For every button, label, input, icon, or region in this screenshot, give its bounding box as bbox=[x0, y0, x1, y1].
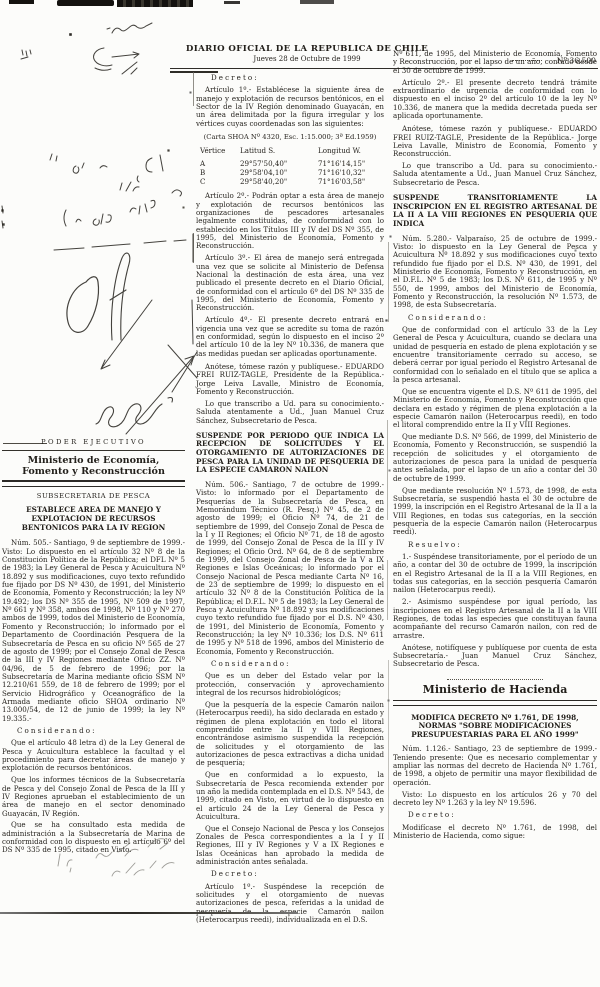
scan-artifact-bar bbox=[224, 1, 240, 4]
transcription-paragraph: Lo que transcribo a Ud. para su conocimi… bbox=[196, 400, 384, 425]
hw-signature-second bbox=[96, 398, 173, 427]
paragraph: Visto: Lo dispuesto en los artículos 26 … bbox=[393, 791, 597, 808]
scan-artifact-bar bbox=[117, 0, 193, 7]
scanned-gazette-page: DIARIO OFICIAL DE LA REPUBLICA DE CHILE … bbox=[0, 0, 600, 987]
hacienda-section-header: Ministerio de Hacienda bbox=[393, 679, 597, 706]
paragraph: Que los informes técnicos de la Subsecre… bbox=[2, 776, 185, 818]
signature-paragraph: Anótese, tómese razón y publíquese.- EDU… bbox=[196, 363, 384, 396]
hw-signature-loop bbox=[67, 277, 99, 333]
scan-artifact-bar bbox=[300, 0, 334, 4]
paragraph: Núm. 1.126.- Santiago, 23 de septiembre … bbox=[393, 745, 597, 787]
column-rule-fragment bbox=[388, 660, 389, 840]
paragraph: Que mediante resolución Nº 1.573, de 199… bbox=[393, 487, 597, 537]
resuelvo-label: Resuelvo: bbox=[393, 541, 597, 549]
paragraph: Que el Consejo Nacional de Pesca y los C… bbox=[196, 825, 384, 867]
scan-noise-specks bbox=[0, 0, 1, 1]
ministry-line1: Ministerio de Economía, bbox=[2, 455, 185, 466]
right-column: Nº 611, de 1995, del Ministerio de Econo… bbox=[393, 50, 597, 844]
paragraph: Artículo 1º.- Suspéndese la recepción de… bbox=[196, 883, 384, 925]
column-rule-fragment bbox=[193, 72, 194, 106]
decreto-label: Decreto: bbox=[196, 74, 384, 82]
rule bbox=[2, 450, 185, 451]
table-row: C 29°58'40,20" 71°16'03,58" bbox=[200, 177, 384, 186]
scan-artifact-bar bbox=[9, 0, 34, 4]
table-row: B 29°58'04,10" 71°16'10,32" bbox=[200, 168, 384, 177]
paragraph: Que se ha consultado esta medida de admi… bbox=[2, 821, 185, 854]
paragraph: Artículo 2º.- Podrán optar a esta área d… bbox=[196, 192, 384, 250]
col-header-latitud: Latitud S. bbox=[240, 146, 316, 155]
longitude: 71°16'03,58" bbox=[318, 177, 388, 186]
col-header-vertice: Vértice bbox=[200, 146, 238, 155]
col-header-longitud: Longitud W. bbox=[318, 146, 388, 155]
latitude: 29°58'40,20" bbox=[240, 177, 316, 186]
double-rule bbox=[2, 480, 185, 487]
paragraph: 1.- Suspéndese transitoriamente, por el … bbox=[393, 553, 597, 595]
hw-small-marks-left bbox=[21, 50, 31, 59]
vertex: A bbox=[200, 159, 238, 168]
latitude: 29°58'04,10" bbox=[240, 168, 316, 177]
vertex: B bbox=[200, 168, 238, 177]
hw-arrow-line bbox=[101, 300, 152, 369]
decree-heading: MODIFICA DECRETO Nº 1.761, DE 1998, NORM… bbox=[393, 714, 597, 740]
section-label: PODER EJECUTIVO bbox=[2, 438, 185, 446]
paragraph: Núm. 5.280.- Valparaíso, 25 de octubre d… bbox=[393, 235, 597, 310]
continuation-paragraph: Nº 611, de 1995, del Ministerio de Econo… bbox=[393, 50, 597, 75]
hw-margin-scribbles bbox=[50, 154, 182, 196]
longitude: 71°16'10,32" bbox=[318, 168, 388, 177]
decreto-label: Decreto: bbox=[393, 811, 597, 819]
middle-column: Decreto: Artículo 1º.- Establécese la si… bbox=[196, 70, 384, 928]
considerando-label: Considerando: bbox=[2, 727, 185, 735]
paragraph: Que la pesquería de la especie Camarón n… bbox=[196, 701, 384, 768]
subsecretariat-label: SUBSECRETARIA DE PESCA bbox=[2, 492, 185, 500]
longitude: 71°16'14,15" bbox=[318, 159, 388, 168]
paragraph: Que el artículo 48 letra d) de la Ley Ge… bbox=[2, 739, 185, 772]
paragraph: Artículo 4º.- El presente decreto entrar… bbox=[196, 316, 384, 358]
paragraph: Núm. 505.- Santiago, 9 de septiembre de … bbox=[2, 539, 185, 723]
hw-arrow-line-2 bbox=[126, 356, 194, 434]
chart-reference: (Carta SHOA Nº 4320, Esc. 1:15.000; 3ª E… bbox=[196, 133, 384, 141]
paragraph: Artículo 3º.- El área de manejo será ent… bbox=[196, 254, 384, 312]
hw-left-edge-ticks bbox=[2, 206, 3, 228]
paragraph: Modifícase el decreto Nº 1.761, de 1998,… bbox=[393, 824, 597, 841]
ministry-line2: Fomento y Reconstrucción bbox=[2, 466, 185, 477]
hw-signature-tall-loops bbox=[110, 253, 130, 340]
scan-artifact-bar bbox=[57, 0, 114, 6]
transcription-paragraph: Lo que transcribo a Ud. para su conocimi… bbox=[393, 162, 597, 187]
ministry-heading: Ministerio de Hacienda bbox=[393, 684, 597, 696]
paragraph: Artículo 2º.- El presente decreto tendrá… bbox=[393, 79, 597, 121]
decree-title: ESTABLECE AREA DE MANEJO Y EXPLOTACION D… bbox=[2, 506, 185, 532]
paragraph: Que es un deber del Estado velar por la … bbox=[196, 672, 384, 697]
dotted-mark bbox=[447, 679, 543, 680]
latitude: 29°57'50,40" bbox=[240, 159, 316, 168]
closing-paragraph: Anótese, notifíquese y publíquese por cu… bbox=[393, 644, 597, 669]
hw-scribble-top bbox=[107, 23, 152, 33]
table-row: A 29°57'50,40" 71°16'14,15" bbox=[200, 159, 384, 168]
hw-dashed-underline bbox=[54, 240, 186, 250]
hw-circle-arrow-doodle bbox=[94, 48, 139, 74]
decreto-label: Decreto: bbox=[196, 870, 384, 878]
ministry-heading: Ministerio de Economía, Fomento y Recons… bbox=[2, 455, 185, 477]
decree-heading: SUSPENDE POR PERIODO QUE INDICA LA RECEP… bbox=[196, 432, 384, 475]
paragraph: Núm. 506.- Santiago, 7 de octubre de 199… bbox=[196, 481, 384, 656]
decree-heading: SUSPENDE TRANSITORIAMENTE LA INSCRIPCION… bbox=[393, 194, 597, 228]
vertex: C bbox=[200, 177, 238, 186]
signature-paragraph: Anótese, tómese razón y publíquese.- EDU… bbox=[393, 125, 597, 158]
paragraph: Que se encuentra vigente el D.S. Nº 611 … bbox=[393, 388, 597, 430]
paragraph: Que mediante D.S. Nº 566, de 1999, del M… bbox=[393, 433, 597, 483]
hw-note-words bbox=[64, 200, 155, 226]
coordinates-table: Vértice Latitud S. Longitud W. A 29°57'5… bbox=[200, 146, 384, 186]
column-rule-fragment bbox=[193, 233, 194, 263]
column-rule-fragment bbox=[387, 560, 388, 620]
considerando-label: Considerando: bbox=[393, 314, 597, 322]
column-rule-fragment bbox=[388, 242, 389, 322]
paragraph: Que en conformidad a lo expuesto, la Sub… bbox=[196, 771, 384, 821]
table-header-row: Vértice Latitud S. Longitud W. bbox=[200, 146, 384, 155]
considerando-label: Considerando: bbox=[196, 660, 384, 668]
paragraph: Que de conformidad con el artículo 33 de… bbox=[393, 326, 597, 384]
paragraph: Artículo 1º.- Establécese la siguiente á… bbox=[196, 86, 384, 128]
bottom-rule bbox=[0, 912, 298, 914]
paragraph: 2.- Asimismo suspéndese por igual períod… bbox=[393, 598, 597, 640]
left-column: PODER EJECUTIVO Ministerio de Economía, … bbox=[2, 438, 185, 858]
double-rule bbox=[393, 700, 597, 706]
column-rule-fragment bbox=[387, 420, 388, 520]
